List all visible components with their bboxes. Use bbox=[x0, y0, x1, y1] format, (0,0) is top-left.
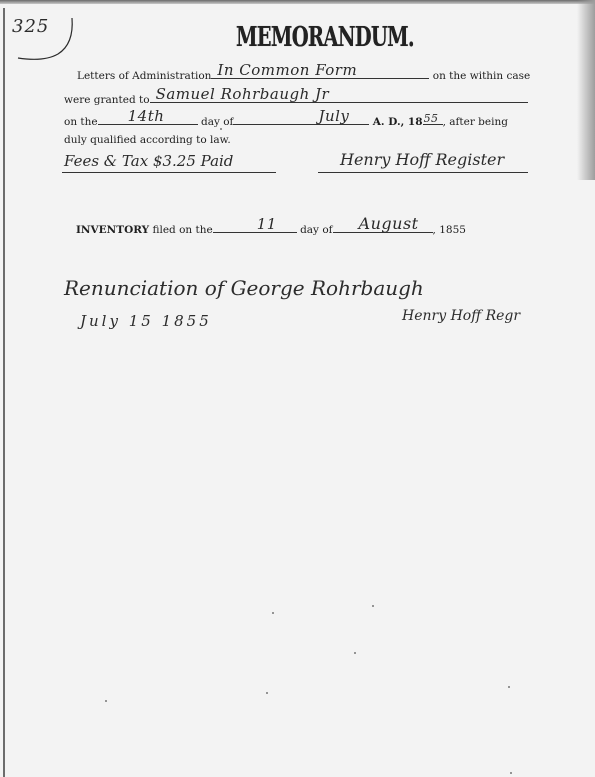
inventory-day-of: day of bbox=[300, 224, 332, 236]
scan-speck bbox=[510, 772, 512, 774]
renunciation-text: Renunciation of George Rohrbaugh bbox=[64, 276, 424, 300]
inventory-label-bold: INVENTORY bbox=[76, 224, 149, 236]
inventory-label: filed on the bbox=[152, 224, 212, 236]
scan-speck bbox=[508, 686, 510, 688]
year-value: 55 bbox=[424, 112, 439, 125]
scan-speck bbox=[220, 128, 222, 130]
scan-speck bbox=[354, 652, 356, 654]
scan-speck bbox=[272, 612, 274, 614]
date-prefix: on the bbox=[64, 116, 98, 128]
inventory-line: INVENTORY filed on the11 day ofAugust, 1… bbox=[76, 220, 466, 236]
granted-line: were granted toSamuel Rohrbaugh Jr bbox=[64, 90, 528, 106]
folio-bracket-icon bbox=[14, 14, 78, 64]
month-field: July bbox=[233, 112, 369, 125]
letters-label: Letters of Administration bbox=[77, 70, 211, 82]
scan-speck bbox=[372, 605, 374, 607]
scan-shadow bbox=[577, 0, 595, 180]
day-of-label: day of bbox=[201, 116, 233, 128]
page-top-edge bbox=[0, 0, 595, 4]
renunciation-date: July 15 1855 bbox=[80, 312, 212, 330]
letters-line: Letters of AdministrationIn Common Form … bbox=[77, 66, 530, 82]
inventory-month-field: August bbox=[333, 220, 433, 233]
scan-speck bbox=[266, 692, 268, 694]
grantee-value: Samuel Rohrbaugh Jr bbox=[156, 85, 330, 103]
renunciation-signature: Henry Hoff Regr bbox=[402, 308, 520, 324]
ad-label: A. D., 18 bbox=[373, 116, 423, 128]
day-value: 14th bbox=[128, 107, 165, 125]
inventory-day-field: 11 bbox=[213, 220, 297, 233]
inventory-month-value: August bbox=[359, 214, 419, 233]
letters-form-field: In Common Form bbox=[211, 66, 429, 79]
month-value: July bbox=[318, 107, 349, 125]
day-field: 14th bbox=[98, 112, 198, 125]
document-page: 325 MEMORANDUM. Letters of Administratio… bbox=[0, 0, 595, 777]
page-title: MEMORANDUM. bbox=[236, 22, 414, 53]
letters-suffix: on the within case bbox=[433, 70, 530, 82]
date-suffix: , after being bbox=[443, 116, 508, 128]
scan-speck bbox=[105, 700, 107, 702]
fees-underline bbox=[62, 172, 276, 173]
grantee-field: Samuel Rohrbaugh Jr bbox=[150, 90, 528, 103]
granted-label: were granted to bbox=[64, 94, 150, 106]
page-left-edge bbox=[3, 8, 5, 777]
qualified-line: duly qualified according to law. bbox=[64, 134, 231, 146]
register-signature: Henry Hoff Register bbox=[340, 150, 504, 169]
inventory-year: , 1855 bbox=[433, 224, 466, 236]
inventory-day-value: 11 bbox=[257, 215, 277, 233]
fees-note: Fees & Tax $3.25 Paid bbox=[64, 152, 233, 170]
letters-form-value: In Common Form bbox=[217, 61, 357, 79]
year-field: 55 bbox=[423, 112, 443, 125]
date-line: on the14th day ofJuly A. D., 1855, after… bbox=[64, 112, 508, 128]
register-underline bbox=[318, 172, 528, 173]
